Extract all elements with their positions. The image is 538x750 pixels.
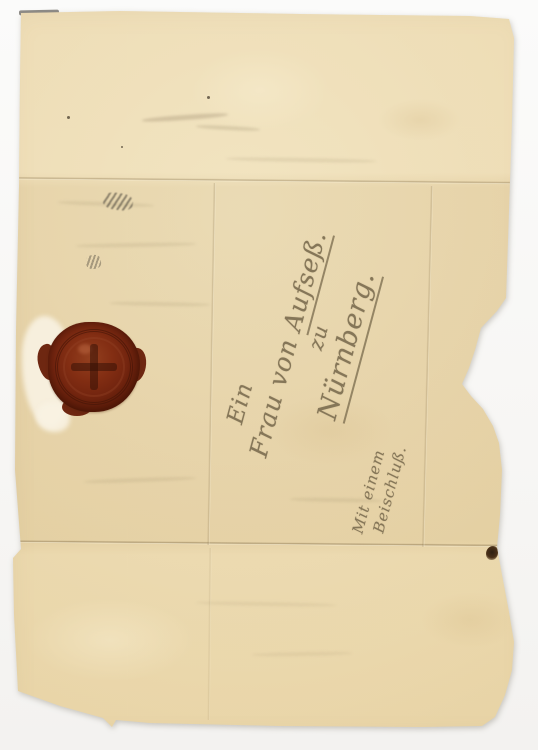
paper-speck (207, 96, 210, 99)
scanned-letter-photo: Ein Frau von Aufseß. zu Nürnberg. Mit ei… (0, 0, 538, 750)
letter-sheet: Ein Frau von Aufseß. zu Nürnberg. Mit ei… (0, 0, 538, 750)
letter-sheet-wrapper: Ein Frau von Aufseß. zu Nürnberg. Mit ei… (0, 0, 538, 750)
paper-speck (121, 146, 123, 148)
paper-speck (67, 116, 70, 119)
wax-seal-icon (48, 322, 140, 412)
